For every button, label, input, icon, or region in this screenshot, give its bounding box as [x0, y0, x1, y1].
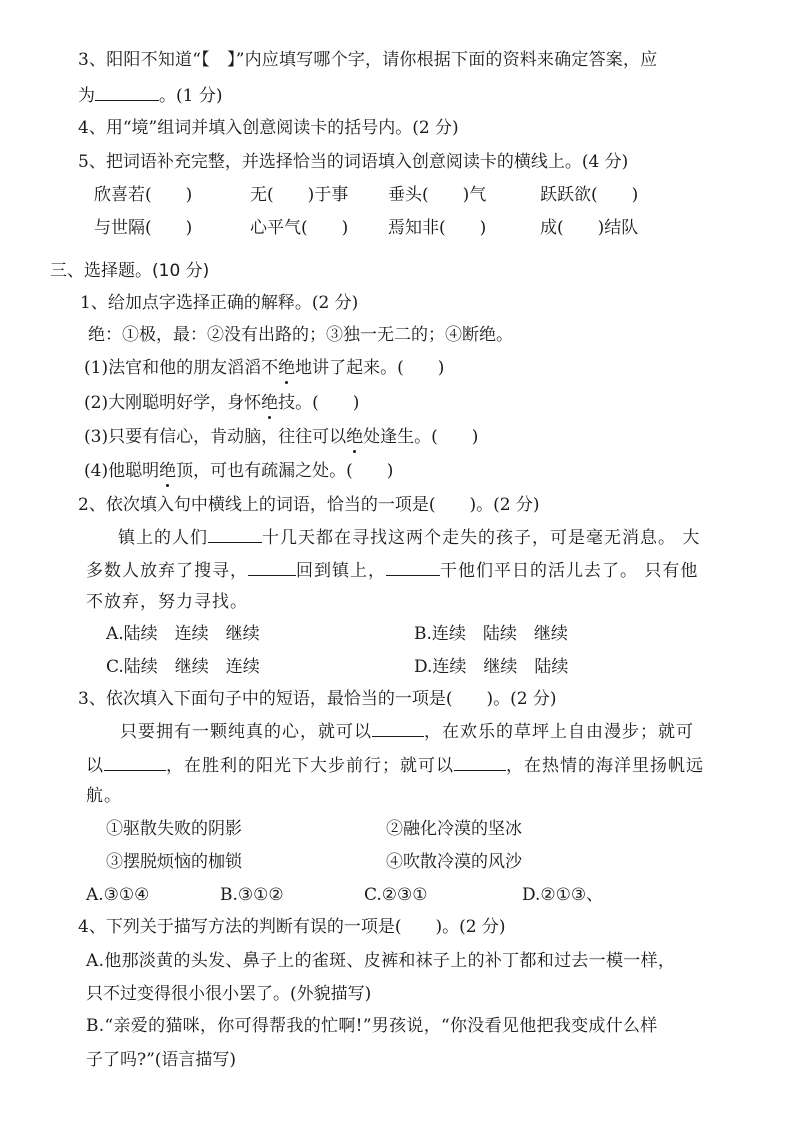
answer-blank[interactable] [208, 527, 262, 543]
choice-q1-item-2[interactable]: (2)大刚聪明好学，身怀绝技。( ) [84, 392, 359, 414]
passage-text: ，在欢乐的草坪上自由漫步；就可 [424, 722, 694, 742]
choice-q4-option-b-line1[interactable]: B.“亲爱的猫咪，你可得帮我的忙啊!”男孩说，“你没看见他把我变成什么样 [86, 1015, 658, 1037]
choice-q2-option-c[interactable]: C.陆续 继续 连续 [106, 656, 260, 678]
idiom-2[interactable]: 无( )于事 [250, 184, 348, 206]
item-text: (1)法官和他的朋友滔滔不 [84, 358, 278, 378]
choice-q4-option-a-line1[interactable]: A.他那淡黄的头发、鼻子上的雀斑、皮裤和袜子上的补丁都和过去一模一样， [86, 950, 675, 972]
choice-q2-passage-line3: 不放弃，努力寻找。 [86, 591, 248, 613]
choice-q3-phrase-1: ①驱散失败的阴影 [106, 818, 242, 840]
passage-text: 干他们平日的活儿去了。 只有他 [440, 561, 698, 581]
item-answer-paren[interactable]: 处逢生。( ) [363, 427, 478, 447]
choice-q4-option-a-line2[interactable]: 只不过变得很小很小罢了。(外貌描写) [86, 983, 371, 1005]
choice-q4-title: 4、下列关于描写方法的判断有误的一项是( )。(2 分) [78, 916, 506, 938]
choice-q3-phrase-3: ③摆脱烦恼的枷锁 [106, 851, 242, 873]
item-text: (2)大刚聪明好学，身怀 [84, 393, 261, 413]
answer-blank[interactable] [248, 560, 296, 576]
choice-q3-passage-line1: 只要拥有一颗纯真的心，就可以，在欢乐的草坪上自由漫步；就可 [120, 721, 694, 743]
idiom-4[interactable]: 跃跃欲( ) [540, 184, 638, 206]
choice-q3-option-a[interactable]: A.③①④ [86, 884, 149, 906]
item-answer-paren[interactable]: 技。( ) [278, 393, 359, 413]
passage-text: 十几天都在寻找这两个走失的孩子，可是毫无消息。 大 [262, 528, 700, 548]
choice-q3-title: 3、依次填入下面句子中的短语，最恰当的一项是( )。(2 分) [78, 688, 557, 710]
choice-q2-passage-line2: 多数人放弃了搜寻，回到镇上，干他们平日的活儿去了。 只有他 [86, 560, 698, 582]
passage-text: ，在热情的海洋里扬帆远 [506, 756, 704, 776]
dotted-char: 绝 [278, 357, 295, 379]
choice-q2-passage-line1: 镇上的人们十几天都在寻找这两个走失的孩子，可是毫无消息。 大 [118, 527, 700, 549]
choice-q2-option-d[interactable]: D.连续 继续 陆续 [414, 656, 568, 678]
dotted-char: 绝 [346, 426, 363, 448]
choice-q1-definition: 绝：①极，最：②没有出路的；③独一无二的；④断绝。 [88, 324, 513, 346]
idiom-8[interactable]: 成( )结队 [540, 217, 638, 239]
item-text: (4)他聪明 [84, 461, 159, 481]
choice-q3-phrase-2: ②融化冷漠的坚冰 [386, 818, 522, 840]
item-text: (3)只要有信心，肯动脑，往往可以 [84, 427, 346, 447]
question-3-score: 。(1 分) [159, 86, 222, 106]
choice-q3-option-d[interactable]: D.②①③、 [522, 884, 603, 906]
passage-text: 回到镇上， [296, 561, 386, 581]
question-3-line1: 3、阳阳不知道“【 】”内应填写哪个字，请你根据下面的资料来确定答案，应 [78, 49, 758, 71]
question-5-text: 5、把词语补充完整，并选择恰当的词语填入创意阅读卡的横线上。(4 分) [78, 151, 628, 173]
answer-blank[interactable] [95, 85, 159, 101]
question-3-prefix: 为 [78, 86, 95, 106]
dotted-char: 绝 [159, 460, 176, 482]
idiom-7[interactable]: 焉知非( ) [388, 217, 486, 239]
answer-blank[interactable] [454, 755, 506, 771]
choice-q2-option-b[interactable]: B.连续 陆续 继续 [414, 623, 568, 645]
idiom-5[interactable]: 与世隔( ) [94, 217, 192, 239]
section-heading: 三、选择题。(10 分) [50, 260, 209, 282]
choice-q1-item-1[interactable]: (1)法官和他的朋友滔滔不绝地讲了起来。( ) [84, 357, 444, 379]
answer-blank[interactable] [386, 560, 440, 576]
choice-q3-passage-line3: 航。 [86, 785, 122, 807]
choice-q4-option-b-line2[interactable]: 子了吗?”(语言描写) [86, 1049, 236, 1071]
choice-q3-phrase-4: ④吹散冷漠的风沙 [386, 851, 522, 873]
choice-q1-item-4[interactable]: (4)他聪明绝顶，可也有疏漏之处。( ) [84, 460, 393, 482]
idiom-6[interactable]: 心平气( ) [250, 217, 348, 239]
item-answer-paren[interactable]: 地讲了起来。( ) [295, 358, 444, 378]
passage-text: 多数人放弃了搜寻， [86, 561, 248, 581]
passage-text: 以 [86, 756, 104, 776]
idiom-1[interactable]: 欣喜若( ) [94, 184, 192, 206]
choice-q1-item-3[interactable]: (3)只要有信心，肯动脑，往往可以绝处逢生。( ) [84, 426, 478, 448]
answer-blank[interactable] [372, 721, 424, 737]
idiom-3[interactable]: 垂头( )气 [388, 184, 486, 206]
choice-q2-title: 2、依次填入句中横线上的词语，恰当的一项是( )。(2 分) [78, 494, 540, 516]
question-4-text: 4、用“境”组词并填入创意阅读卡的括号内。(2 分) [78, 117, 459, 139]
dotted-char: 绝 [261, 392, 278, 414]
passage-text: 镇上的人们 [118, 528, 208, 548]
passage-text: ，在胜利的阳光下大步前行；就可以 [166, 756, 454, 776]
choice-q3-option-c[interactable]: C.②③① [364, 884, 428, 906]
question-3-line2: 为。(1 分) [78, 85, 222, 107]
choice-q3-passage-line2: 以，在胜利的阳光下大步前行；就可以，在热情的海洋里扬帆远 [86, 755, 704, 777]
answer-blank[interactable] [104, 755, 166, 771]
choice-q2-option-a[interactable]: A.陆续 连续 继续 [106, 623, 260, 645]
item-answer-paren[interactable]: 顶，可也有疏漏之处。( ) [176, 461, 393, 481]
choice-q1-title: 1、给加点字选择正确的解释。(2 分) [80, 292, 358, 314]
passage-text: 只要拥有一颗纯真的心，就可以 [120, 722, 372, 742]
choice-q3-option-b[interactable]: B.③①② [220, 884, 284, 906]
